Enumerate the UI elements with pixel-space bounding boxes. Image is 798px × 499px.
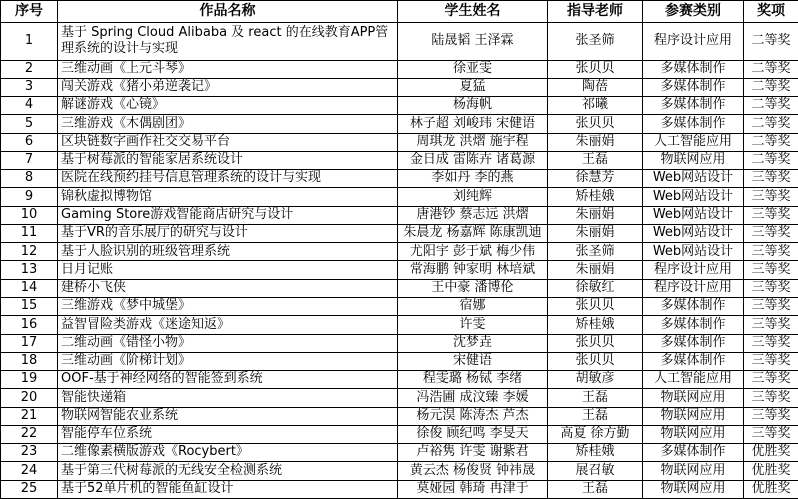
cell-no: 3	[1, 78, 58, 96]
cell-category: 物联网应用	[643, 151, 744, 169]
cell-no: 1	[1, 23, 58, 61]
cell-title: 益智冒险类游戏《迷途知返》	[58, 316, 398, 334]
cell-title: 基于第三代树莓派的无线安全检测系统	[58, 462, 398, 480]
cell-title: 基于人脸识别的班级管理系统	[58, 243, 398, 261]
cell-title: 物联网智能农业系统	[58, 407, 398, 425]
cell-title: 二维动画《错怪小物》	[58, 334, 398, 352]
cell-no: 21	[1, 407, 58, 425]
cell-category: 多媒体制作	[643, 334, 744, 352]
awards-table: 序号 作品名称 学生姓名 指导老师 参赛类别 奖项 1基于 Spring Clo…	[0, 0, 798, 499]
cell-no: 13	[1, 261, 58, 279]
cell-category: 物联网应用	[643, 480, 744, 498]
cell-category: 多媒体制作	[643, 60, 744, 78]
cell-no: 9	[1, 188, 58, 206]
cell-title: OOF-基于神经网络的智能签到系统	[58, 371, 398, 389]
table-row: 13日月记账常海鹏 钟家明 林培斌朱丽娟程序设计应用三等奖	[1, 261, 798, 279]
cell-no: 23	[1, 444, 58, 462]
cell-award: 二等奖	[744, 133, 798, 151]
cell-no: 5	[1, 115, 58, 133]
table-row: 12基于人脸识别的班级管理系统尤阳宇 彭于斌 梅少伟张圣筛Web网站设计三等奖	[1, 243, 798, 261]
col-header-no: 序号	[1, 1, 58, 23]
table-row: 21物联网智能农业系统杨元淏 陈涛杰 芦杰王磊物联网应用三等奖	[1, 407, 798, 425]
cell-students: 陆晟韬 王泽霖	[398, 23, 548, 61]
table-row: 22智能停车位系统徐俊 顾纪鸣 李旻天高夏 徐方勤物联网应用三等奖	[1, 425, 798, 443]
cell-category: 多媒体制作	[643, 352, 744, 370]
cell-category: 程序设计应用	[643, 279, 744, 297]
table-row: 9锦秋虚拟博物馆刘纯辉矫桂娥Web网站设计三等奖	[1, 188, 798, 206]
cell-category: 多媒体制作	[643, 78, 744, 96]
table-row: 19OOF-基于神经网络的智能签到系统程雯璐 杨铽 李绪胡敏彦人工智能应用三等奖	[1, 371, 798, 389]
cell-teacher: 朱丽娟	[548, 206, 643, 224]
cell-no: 17	[1, 334, 58, 352]
cell-students: 唐港钞 蔡志远 洪熠	[398, 206, 548, 224]
cell-award: 二等奖	[744, 78, 798, 96]
cell-teacher: 展召敏	[548, 462, 643, 480]
cell-teacher: 矫桂娥	[548, 316, 643, 334]
cell-no: 25	[1, 480, 58, 498]
cell-category: 人工智能应用	[643, 133, 744, 151]
cell-teacher: 张贝贝	[548, 334, 643, 352]
cell-award: 二等奖	[744, 97, 798, 115]
cell-teacher: 朱丽娟	[548, 133, 643, 151]
cell-category: 人工智能应用	[643, 371, 744, 389]
cell-no: 15	[1, 298, 58, 316]
table-row: 16益智冒险类游戏《迷途知返》许雯矫桂娥多媒体制作三等奖	[1, 316, 798, 334]
table-row: 10Gaming Store游戏智能商店研究与设计唐港钞 蔡志远 洪熠朱丽娟We…	[1, 206, 798, 224]
cell-students: 王中豪 潘博伦	[398, 279, 548, 297]
cell-category: 物联网应用	[643, 462, 744, 480]
cell-title: 智能停车位系统	[58, 425, 398, 443]
cell-category: 多媒体制作	[643, 316, 744, 334]
cell-no: 19	[1, 371, 58, 389]
cell-students: 李如丹 李的燕	[398, 170, 548, 188]
cell-award: 二等奖	[744, 23, 798, 61]
table-row: 15三维游戏《梦中城堡》宿娜张贝贝多媒体制作三等奖	[1, 298, 798, 316]
cell-students: 夏猛	[398, 78, 548, 96]
cell-award: 三等奖	[744, 224, 798, 242]
cell-category: 程序设计应用	[643, 23, 744, 61]
cell-teacher: 高夏 徐方勤	[548, 425, 643, 443]
cell-teacher: 徐慧芳	[548, 170, 643, 188]
cell-students: 金日成 雷陈卉 诸葛源	[398, 151, 548, 169]
table-row: 23二维像素横版游戏《Rocybert》卢裕隽 许雯 谢紫君矫桂娥多媒体制作优胜…	[1, 444, 798, 462]
cell-students: 卢裕隽 许雯 谢紫君	[398, 444, 548, 462]
cell-students: 黄云杰 杨俊贤 钟祎晟	[398, 462, 548, 480]
cell-award: 二等奖	[744, 151, 798, 169]
header-row: 序号 作品名称 学生姓名 指导老师 参赛类别 奖项	[1, 1, 798, 23]
cell-category: Web网站设计	[643, 206, 744, 224]
table-row: 7基于树莓派的智能家居系统设计金日成 雷陈卉 诸葛源王磊物联网应用二等奖	[1, 151, 798, 169]
cell-title: 闯关游戏《猪小弟逆袭记》	[58, 78, 398, 96]
cell-category: 多媒体制作	[643, 298, 744, 316]
cell-award: 三等奖	[744, 316, 798, 334]
col-header-title: 作品名称	[58, 1, 398, 23]
cell-teacher: 王磊	[548, 389, 643, 407]
cell-award: 二等奖	[744, 115, 798, 133]
cell-teacher: 张圣筛	[548, 243, 643, 261]
cell-teacher: 徐敏红	[548, 279, 643, 297]
cell-no: 11	[1, 224, 58, 242]
cell-students: 宿娜	[398, 298, 548, 316]
cell-students: 杨元淏 陈涛杰 芦杰	[398, 407, 548, 425]
cell-award: 三等奖	[744, 352, 798, 370]
cell-students: 冯浩圃 成汶臻 李媛	[398, 389, 548, 407]
cell-teacher: 王磊	[548, 407, 643, 425]
cell-award: 三等奖	[744, 243, 798, 261]
cell-title: 三维动画《阶梯计划》	[58, 352, 398, 370]
cell-category: Web网站设计	[643, 243, 744, 261]
cell-no: 24	[1, 462, 58, 480]
table-row: 5三维游戏《木偶剧团》林子超 刘峻玮 宋健语张贝贝多媒体制作二等奖	[1, 115, 798, 133]
cell-students: 常海鹏 钟家明 林培斌	[398, 261, 548, 279]
cell-no: 8	[1, 170, 58, 188]
cell-award: 三等奖	[744, 279, 798, 297]
cell-students: 徐俊 顾纪鸣 李旻天	[398, 425, 548, 443]
cell-category: Web网站设计	[643, 188, 744, 206]
cell-title: 三维游戏《木偶剧团》	[58, 115, 398, 133]
cell-award: 优胜奖	[744, 480, 798, 498]
cell-teacher: 王磊	[548, 480, 643, 498]
cell-title: 医院在线预约挂号信息管理系统的设计与实现	[58, 170, 398, 188]
cell-title: 基于52单片机的智能鱼缸设计	[58, 480, 398, 498]
table-row: 8医院在线预约挂号信息管理系统的设计与实现李如丹 李的燕徐慧芳Web网站设计三等…	[1, 170, 798, 188]
cell-award: 优胜奖	[744, 462, 798, 480]
cell-title: Gaming Store游戏智能商店研究与设计	[58, 206, 398, 224]
cell-teacher: 胡敏彦	[548, 371, 643, 389]
table-body: 1基于 Spring Cloud Alibaba 及 react 的在线教育AP…	[1, 23, 798, 499]
cell-teacher: 张圣筛	[548, 23, 643, 61]
table-row: 4解谜游戏《心镜》杨海帆祁曦多媒体制作二等奖	[1, 97, 798, 115]
competition-awards-sheet: 序号 作品名称 学生姓名 指导老师 参赛类别 奖项 1基于 Spring Clo…	[0, 0, 798, 499]
table-row: 2三维动画《上元斗琴》徐亚雯张贝贝多媒体制作二等奖	[1, 60, 798, 78]
cell-students: 朱晨龙 杨嘉辉 陈康凯迪	[398, 224, 548, 242]
cell-category: 多媒体制作	[643, 444, 744, 462]
table-row: 1基于 Spring Cloud Alibaba 及 react 的在线教育AP…	[1, 23, 798, 61]
cell-teacher: 张贝贝	[548, 352, 643, 370]
cell-no: 16	[1, 316, 58, 334]
table-row: 11基于VR的音乐展厅的研究与设计朱晨龙 杨嘉辉 陈康凯迪朱丽娟Web网站设计三…	[1, 224, 798, 242]
cell-award: 三等奖	[744, 298, 798, 316]
cell-students: 林子超 刘峻玮 宋健语	[398, 115, 548, 133]
cell-category: 物联网应用	[643, 389, 744, 407]
cell-students: 周琪龙 洪熠 施宇程	[398, 133, 548, 151]
cell-students: 许雯	[398, 316, 548, 334]
cell-title: 基于 Spring Cloud Alibaba 及 react 的在线教育APP…	[58, 23, 398, 61]
cell-title: 三维动画《上元斗琴》	[58, 60, 398, 78]
table-row: 17二维动画《错怪小物》沈梦垚张贝贝多媒体制作三等奖	[1, 334, 798, 352]
cell-title: 建桥小飞侠	[58, 279, 398, 297]
cell-title: 三维游戏《梦中城堡》	[58, 298, 398, 316]
table-row: 3闯关游戏《猪小弟逆袭记》夏猛陶蓓多媒体制作二等奖	[1, 78, 798, 96]
cell-award: 三等奖	[744, 407, 798, 425]
cell-teacher: 张贝贝	[548, 60, 643, 78]
cell-category: 多媒体制作	[643, 115, 744, 133]
cell-teacher: 朱丽娟	[548, 224, 643, 242]
cell-title: 区块链数字画作社交交易平台	[58, 133, 398, 151]
cell-teacher: 朱丽娟	[548, 261, 643, 279]
cell-teacher: 陶蓓	[548, 78, 643, 96]
cell-award: 三等奖	[744, 170, 798, 188]
cell-award: 三等奖	[744, 425, 798, 443]
col-header-teacher: 指导老师	[548, 1, 643, 23]
cell-teacher: 张贝贝	[548, 298, 643, 316]
cell-students: 刘纯辉	[398, 188, 548, 206]
cell-category: 多媒体制作	[643, 97, 744, 115]
cell-award: 三等奖	[744, 206, 798, 224]
cell-teacher: 矫桂娥	[548, 188, 643, 206]
cell-teacher: 张贝贝	[548, 115, 643, 133]
cell-no: 2	[1, 60, 58, 78]
cell-teacher: 祁曦	[548, 97, 643, 115]
cell-category: 物联网应用	[643, 407, 744, 425]
col-header-students: 学生姓名	[398, 1, 548, 23]
cell-students: 莫娅园 韩琦 冉津于	[398, 480, 548, 498]
cell-title: 基于VR的音乐展厅的研究与设计	[58, 224, 398, 242]
cell-teacher: 王磊	[548, 151, 643, 169]
cell-award: 二等奖	[744, 60, 798, 78]
cell-no: 10	[1, 206, 58, 224]
cell-students: 徐亚雯	[398, 60, 548, 78]
cell-title: 二维像素横版游戏《Rocybert》	[58, 444, 398, 462]
cell-title: 基于树莓派的智能家居系统设计	[58, 151, 398, 169]
col-header-category: 参赛类别	[643, 1, 744, 23]
table-row: 6区块链数字画作社交交易平台周琪龙 洪熠 施宇程朱丽娟人工智能应用二等奖	[1, 133, 798, 151]
cell-teacher: 矫桂娥	[548, 444, 643, 462]
cell-title: 锦秋虚拟博物馆	[58, 188, 398, 206]
cell-students: 杨海帆	[398, 97, 548, 115]
cell-category: 程序设计应用	[643, 261, 744, 279]
cell-category: Web网站设计	[643, 224, 744, 242]
cell-title: 解谜游戏《心镜》	[58, 97, 398, 115]
cell-title: 日月记账	[58, 261, 398, 279]
cell-no: 14	[1, 279, 58, 297]
cell-no: 4	[1, 97, 58, 115]
cell-no: 7	[1, 151, 58, 169]
cell-no: 6	[1, 133, 58, 151]
cell-students: 沈梦垚	[398, 334, 548, 352]
cell-no: 20	[1, 389, 58, 407]
cell-students: 尤阳宇 彭于斌 梅少伟	[398, 243, 548, 261]
cell-students: 程雯璐 杨铽 李绪	[398, 371, 548, 389]
cell-award: 三等奖	[744, 334, 798, 352]
table-row: 18三维动画《阶梯计划》宋健语张贝贝多媒体制作三等奖	[1, 352, 798, 370]
cell-students: 宋健语	[398, 352, 548, 370]
cell-category: 物联网应用	[643, 425, 744, 443]
cell-award: 三等奖	[744, 188, 798, 206]
cell-no: 12	[1, 243, 58, 261]
cell-award: 三等奖	[744, 371, 798, 389]
cell-award: 三等奖	[744, 389, 798, 407]
col-header-award: 奖项	[744, 1, 798, 23]
table-row: 14建桥小飞侠王中豪 潘博伦徐敏红程序设计应用三等奖	[1, 279, 798, 297]
cell-award: 三等奖	[744, 261, 798, 279]
cell-award: 优胜奖	[744, 444, 798, 462]
cell-no: 22	[1, 425, 58, 443]
table-row: 25基于52单片机的智能鱼缸设计莫娅园 韩琦 冉津于王磊物联网应用优胜奖	[1, 480, 798, 498]
cell-title: 智能快递箱	[58, 389, 398, 407]
cell-no: 18	[1, 352, 58, 370]
cell-category: Web网站设计	[643, 170, 744, 188]
table-row: 20智能快递箱冯浩圃 成汶臻 李媛王磊物联网应用三等奖	[1, 389, 798, 407]
table-row: 24基于第三代树莓派的无线安全检测系统黄云杰 杨俊贤 钟祎晟展召敏物联网应用优胜…	[1, 462, 798, 480]
